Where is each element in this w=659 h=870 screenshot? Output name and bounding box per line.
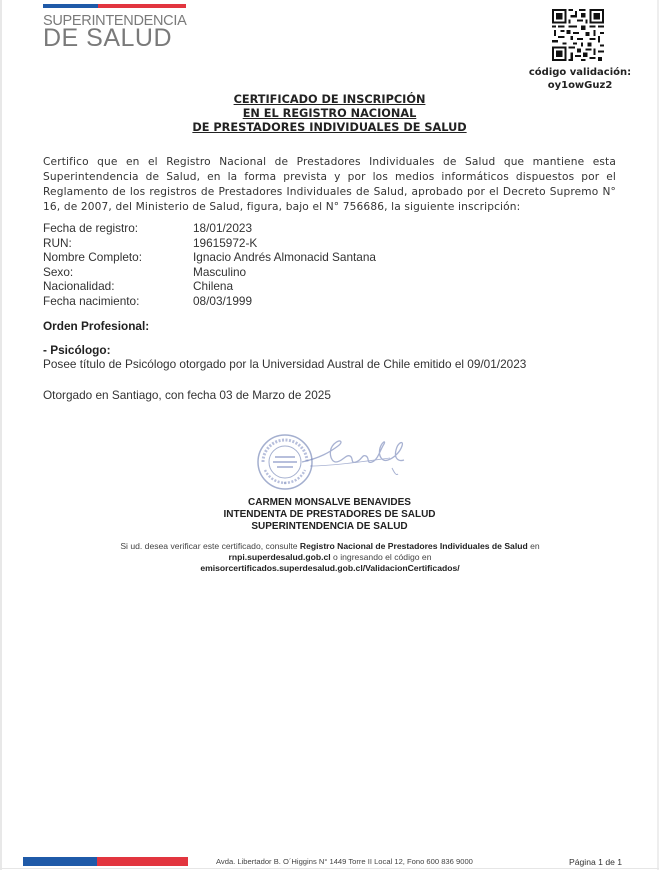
signer-name: CARMEN MONSALVE BENAVIDES	[0, 497, 659, 509]
field-row: Sexo:Masculino	[43, 265, 563, 280]
superintendencia-logo: SUPERINTENDENCIA DE SALUD	[43, 4, 186, 48]
signature-icon	[300, 432, 410, 482]
field-value: 18/01/2023	[193, 221, 563, 236]
signer-block: CARMEN MONSALVE BENAVIDES INTENDENTA DE …	[0, 497, 659, 533]
verification-note: Si ud. desea verificar este certificado,…	[120, 541, 540, 574]
orden-profesional-heading: Orden Profesional:	[43, 319, 149, 333]
field-label: Fecha de registro:	[43, 221, 193, 236]
registration-fields: Fecha de registro:18/01/2023 RUN:1961597…	[43, 221, 563, 308]
signer-role: INTENDENTA DE PRESTADORES DE SALUD	[0, 509, 659, 521]
field-label: Nombre Completo:	[43, 250, 193, 265]
rnpi-link[interactable]: rnpi.superdesalud.gob.cl	[228, 552, 330, 562]
field-row: Fecha nacimiento:08/03/1999	[43, 294, 563, 309]
field-label: Nacionalidad:	[43, 279, 193, 294]
certificate-title: CERTIFICADO DE INSCRIPCIÓN EN EL REGISTR…	[0, 93, 659, 135]
field-label: Sexo:	[43, 265, 193, 280]
field-value: 19615972-K	[193, 236, 563, 251]
field-label: RUN:	[43, 236, 193, 251]
logo-flag-bar	[43, 4, 186, 8]
field-value: Masculino	[193, 265, 563, 280]
validation-code-block: código validación: oy1owGuz2	[520, 66, 640, 92]
field-row: Nacionalidad:Chilena	[43, 279, 563, 294]
verify-text: o ingresando el código en	[331, 552, 432, 562]
verify-text: Si ud. desea verificar este certificado,…	[120, 541, 300, 551]
registry-name: Registro Nacional de Prestadores Individ…	[300, 541, 528, 551]
validation-code: oy1owGuz2	[520, 79, 640, 92]
field-row: Fecha de registro:18/01/2023	[43, 221, 563, 236]
title-line: CERTIFICADO DE INSCRIPCIÓN	[0, 93, 659, 107]
footer-address: Avda. Libertador B. O´Higgins N° 1449 To…	[216, 857, 473, 866]
verify-text: en	[528, 541, 540, 551]
footer-divider	[0, 868, 659, 869]
field-label: Fecha nacimiento:	[43, 294, 193, 309]
signer-institution: SUPERINTENDENCIA DE SALUD	[0, 521, 659, 533]
field-value: Chilena	[193, 279, 563, 294]
field-value: Ignacio Andrés Almonacid Santana	[193, 250, 563, 265]
title-line: DE PRESTADORES INDIVIDUALES DE SALUD	[0, 121, 659, 135]
profession-title: - Psicólogo:	[43, 343, 111, 357]
validation-code-label: código validación:	[520, 66, 640, 79]
page-number: Página 1 de 1	[569, 857, 622, 867]
certification-paragraph: Certifico que en el Registro Nacional de…	[43, 155, 616, 215]
qr-code-icon	[552, 9, 604, 61]
logo-text-line2: DE SALUD	[43, 28, 186, 48]
profession-description: Posee título de Psicólogo otorgado por l…	[43, 357, 526, 371]
footer-flag-bar	[23, 857, 188, 866]
field-row: RUN:19615972-K	[43, 236, 563, 251]
issued-statement: Otorgado en Santiago, con fecha 03 de Ma…	[43, 388, 331, 402]
field-value: 08/03/1999	[193, 294, 563, 309]
validation-url-link[interactable]: emisorcertificados.superdesalud.gob.cl/V…	[200, 563, 459, 573]
field-row: Nombre Completo:Ignacio Andrés Almonacid…	[43, 250, 563, 265]
title-line: EN EL REGISTRO NACIONAL	[0, 107, 659, 121]
